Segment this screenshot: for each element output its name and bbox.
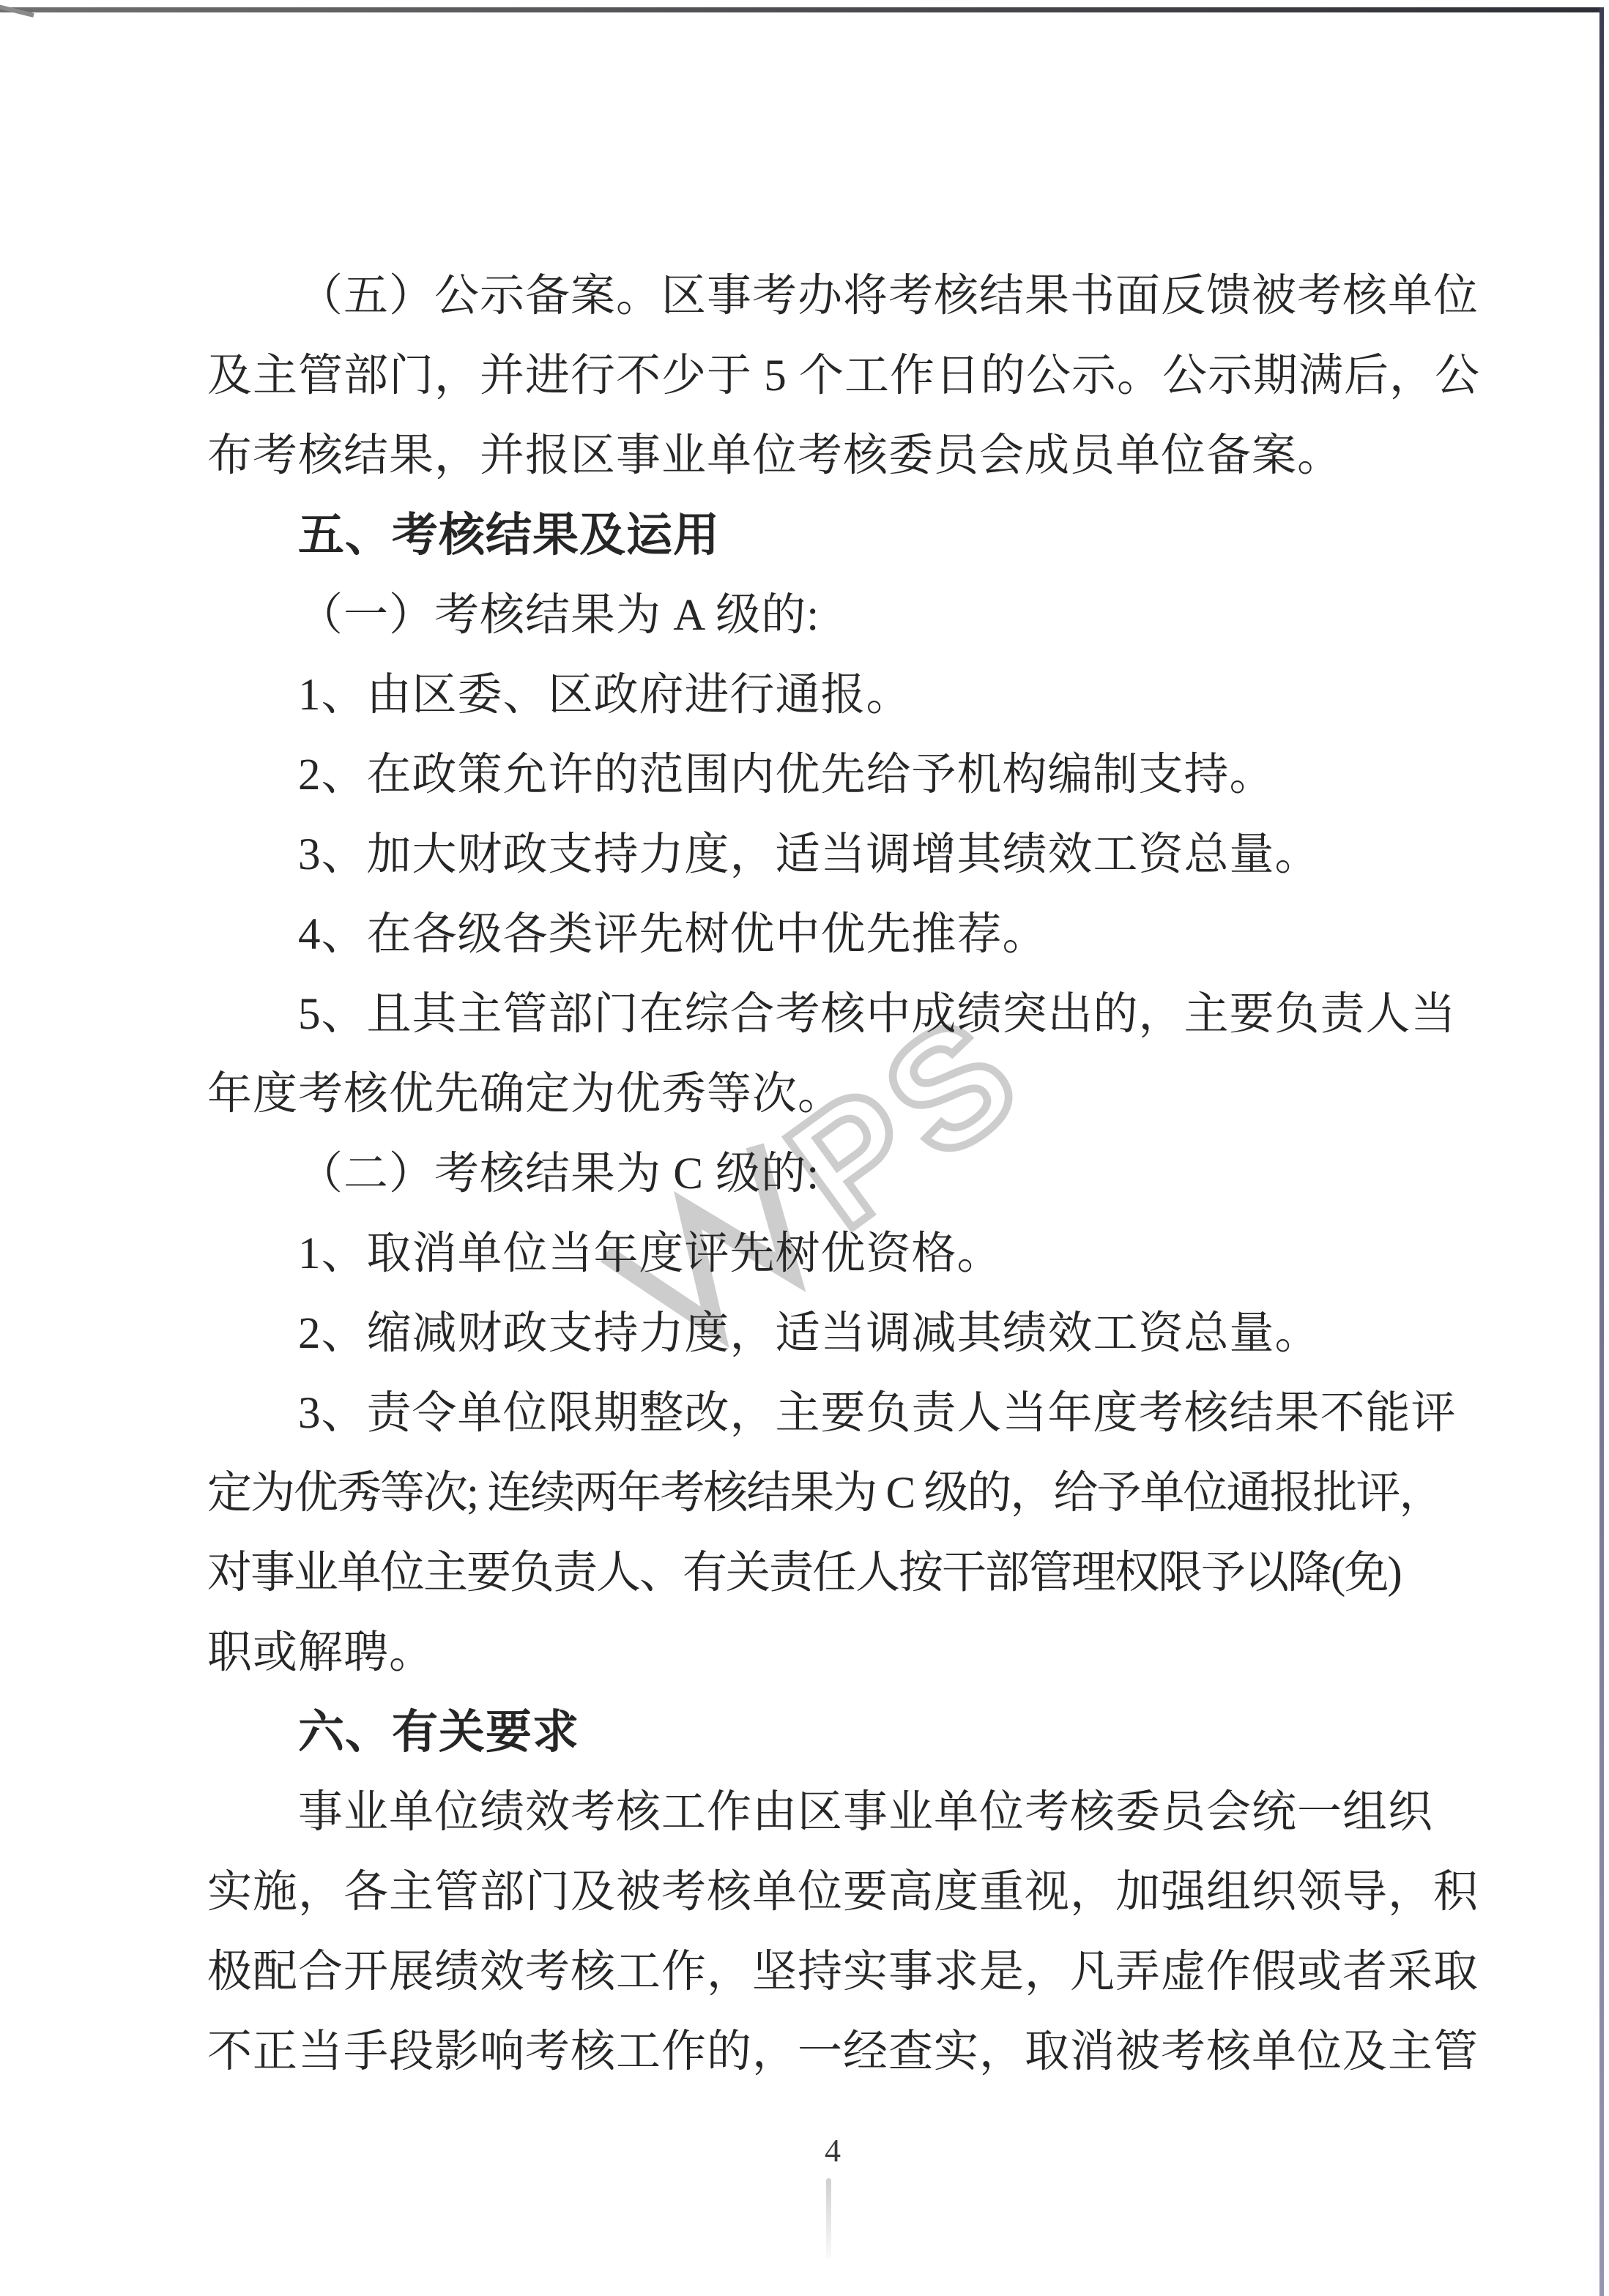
text-line: 2、缩减财政支持力度，适当调减其绩效工资总量。 — [207, 1294, 1452, 1373]
text-line: （五）公示备案。区事考办将考核结果书面反馈被考核单位 — [207, 256, 1452, 336]
text-line: 布考核结果，并报区事业单位考核委员会成员单位备案。 — [207, 416, 1452, 496]
page-number: 4 — [796, 2132, 869, 2169]
text-line: （二）考核结果为 C 级的: — [207, 1134, 1452, 1214]
text-line: 4、在各级各类评先树优中优先推荐。 — [207, 895, 1452, 974]
text-line: 实施，各主管部门及被考核单位要高度重视，加强组织领导，积 — [207, 1852, 1452, 1932]
text-line: 定为优秀等次; 连续两年考核结果为 C 级的，给予单位通报批评， — [207, 1453, 1452, 1533]
section-heading: 五、考核结果及运用 — [207, 496, 1452, 575]
scan-smudge — [826, 2178, 831, 2259]
text-line: 年度考核优先确定为优秀等次。 — [207, 1054, 1452, 1134]
text-line: 对事业单位主要负责人、有关责任人按干部管理权限予以降(免) — [207, 1533, 1452, 1613]
text-line: 3、加大财政支持力度，适当调增其绩效工资总量。 — [207, 815, 1452, 895]
text-line: 3、责令单位限期整改，主要负责人当年度考核结果不能评 — [207, 1373, 1452, 1453]
document-page: PS （五）公示备案。区事考办将考核结果书面反馈被考核单位及主管部门，并进行不少… — [0, 0, 1609, 2296]
scan-right-edge-line — [1599, 7, 1604, 2296]
scan-top-edge-line — [0, 7, 1604, 12]
document-body: （五）公示备案。区事考办将考核结果书面反馈被考核单位及主管部门，并进行不少于 5… — [207, 256, 1452, 2092]
text-line: （一）考核结果为 A 级的: — [207, 575, 1452, 655]
text-line: 1、取消单位当年度评先树优资格。 — [207, 1214, 1452, 1294]
section-heading: 六、有关要求 — [207, 1693, 1452, 1773]
text-line: 2、在政策允许的范围内优先给予机构编制支持。 — [207, 735, 1452, 815]
text-line: 职或解聘。 — [207, 1613, 1452, 1693]
text-line: 及主管部门，并进行不少于 5 个工作日的公示。公示期满后，公 — [207, 336, 1452, 416]
text-line: 1、由区委、区政府进行通报。 — [207, 655, 1452, 735]
text-line: 极配合开展绩效考核工作，坚持实事求是，凡弄虚作假或者采取 — [207, 1932, 1452, 2012]
text-line: 5、且其主管部门在综合考核中成绩突出的，主要负责人当 — [207, 974, 1452, 1054]
text-line: 事业单位绩效考核工作由区事业单位考核委员会统一组织 — [207, 1773, 1452, 1852]
text-line: 不正当手段影响考核工作的，一经查实，取消被考核单位及主管 — [207, 2012, 1452, 2092]
